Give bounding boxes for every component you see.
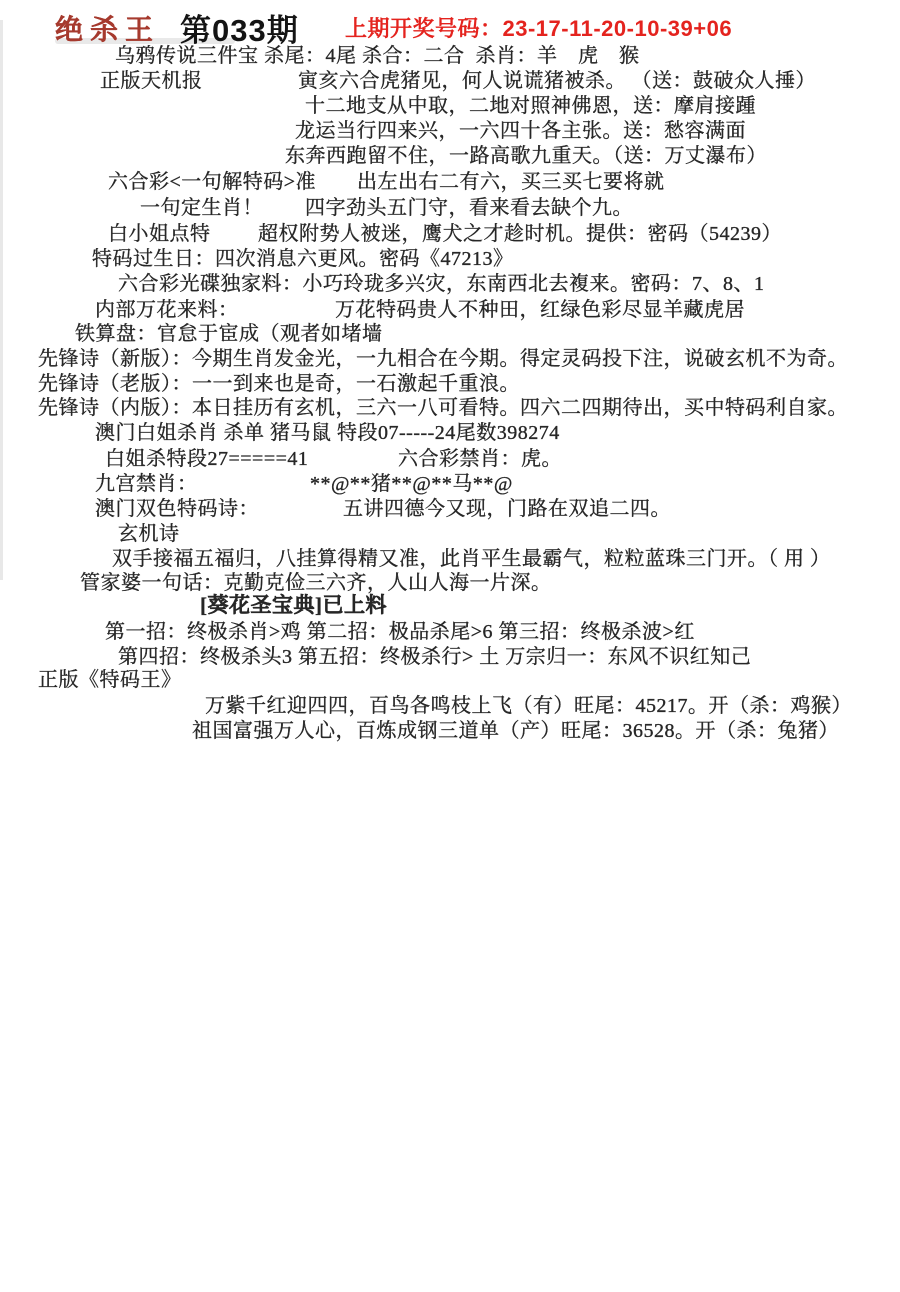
row-temawang-poem-2: 祖国富强万人心，百炼成钢三道单（产）旺尾：36528。开（杀：兔猪）	[192, 719, 839, 743]
heading-xuanjishi: 玄机诗	[118, 522, 180, 546]
text-yijujiete: 出左出右二有六，买三买七要将就	[357, 170, 665, 194]
poem-tianjibao-1: 寅亥六合虎猪见，何人说谎猪被杀。 （送：鼓破众人捶）	[298, 69, 816, 93]
label-tianjibao: 正版天机报	[100, 69, 203, 93]
row-aomen-baijie-shaxiao: 澳门白姐杀肖 杀单 猪马鼠 特段07-----24尾数398274	[95, 421, 560, 445]
poem-tianjibao-4: 东奔西跑留不住，一路高歌九重天。（送：万丈瀑布）	[285, 144, 767, 168]
row-guanjiapo: 管家婆一句话：克勤克俭三六齐，人山人海一片深。	[80, 571, 552, 595]
text-yijudingshengxiao: 四字劲头五门守，看来看去缺个九。	[305, 196, 633, 220]
label-neibu-wanhua: 内部万花来料：	[95, 298, 239, 322]
row-temawang-poem-1: 万紫千红迎四四，百鸟各鸣枝上飞（有）旺尾：45217。开（杀：鸡猴）	[205, 694, 852, 718]
scan-artifact-left-edge	[0, 20, 3, 580]
page-title-brand: 绝杀王	[55, 8, 160, 48]
heading-kuihua-shengbaodian: [葵花圣宝典]已上料	[200, 593, 387, 617]
text-liuhecai-jinxiao: 六合彩禁肖：虎。	[398, 447, 562, 471]
text-neibu-wanhua: 万花特码贵人不种田，红绿色彩尽显羊藏虎居	[335, 298, 745, 322]
label-aomen-shuangse-temashi: 澳门双色特码诗：	[95, 497, 259, 521]
row-tema-guoshengri: 特码过生日：四次消息六更风。密码《47213》	[92, 247, 514, 271]
row-xianfengshi-new: 先锋诗（新版）：今期生肖发金光，一九相合在今期。得定灵码投下注，说破玄机不为奇。	[38, 347, 848, 371]
label-yijudingshengxiao: 一句定生肖！	[140, 196, 263, 220]
label-jiugong-jinxiao: 九宫禁肖：	[95, 472, 198, 496]
text-jiugong-jinxiao: **@**猪**@**马**@	[310, 472, 513, 496]
poem-tianjibao-2: 十二地支从中取，二地对照神佛恩，送：摩肩接踵	[305, 94, 756, 118]
row-xuanjishi-poem: 双手接福五福归，八挂算得精又准，此肖平生最霸气，粒粒蓝珠三门开。（ 用 ）	[112, 547, 831, 571]
last-draw-numbers: 上期开奖号码：23-17-11-20-10-39+06	[345, 12, 732, 43]
row-zhao-4-5: 第四招：终极杀头3 第五招：终极杀行> 土 万宗归一：东风不识红知己	[118, 645, 751, 669]
label-yijujiete: 六合彩<一句解特码>准	[108, 170, 316, 194]
row-guangdie-dujialiao: 六合彩光碟独家料：小巧玲珑多兴灾，东南西北去複来。密码：7、8、1	[118, 272, 765, 296]
text-baixiaojie-diante: 超权附势人被迷，鹰犬之才趁时机。提供：密码（54239）	[258, 222, 782, 246]
heading-zhengban-temawang: 正版《特码王》	[38, 668, 182, 692]
text-aomen-shuangse-temashi: 五讲四德今又现，门路在双追二四。	[343, 497, 671, 521]
row-xianfengshi-old: 先锋诗（老版）：一一到来也是奇，一石激起千重浪。	[38, 372, 520, 396]
row-xianfengshi-inner: 先锋诗（内版）：本日挂历有玄机，三六一八可看特。四六二四期待出，买中特码利自家。	[38, 396, 848, 420]
row-tiesuanpan: 铁算盘：官怠于宦成（观者如堵墙	[75, 322, 383, 346]
scanned-tip-sheet-page: 绝杀王 第033期 上期开奖号码：23-17-11-20-10-39+06 乌鸦…	[0, 0, 900, 1292]
row-zhao-1-3: 第一招：终极杀肖>鸡 第二招：极品杀尾>6 第三招：终极杀波>红	[105, 620, 695, 644]
poem-tianjibao-3: 龙运当行四来兴，一六四十各主张。送：愁容满面	[295, 119, 746, 143]
label-baijie-shateduan: 白姐杀特段27=====41	[105, 447, 308, 471]
row-sanjianbao: 乌鸦传说三件宝 杀尾：4尾 杀合：二合 杀肖：羊 虎 猴	[115, 44, 640, 68]
label-baixiaojie-diante: 白小姐点特	[108, 222, 211, 246]
